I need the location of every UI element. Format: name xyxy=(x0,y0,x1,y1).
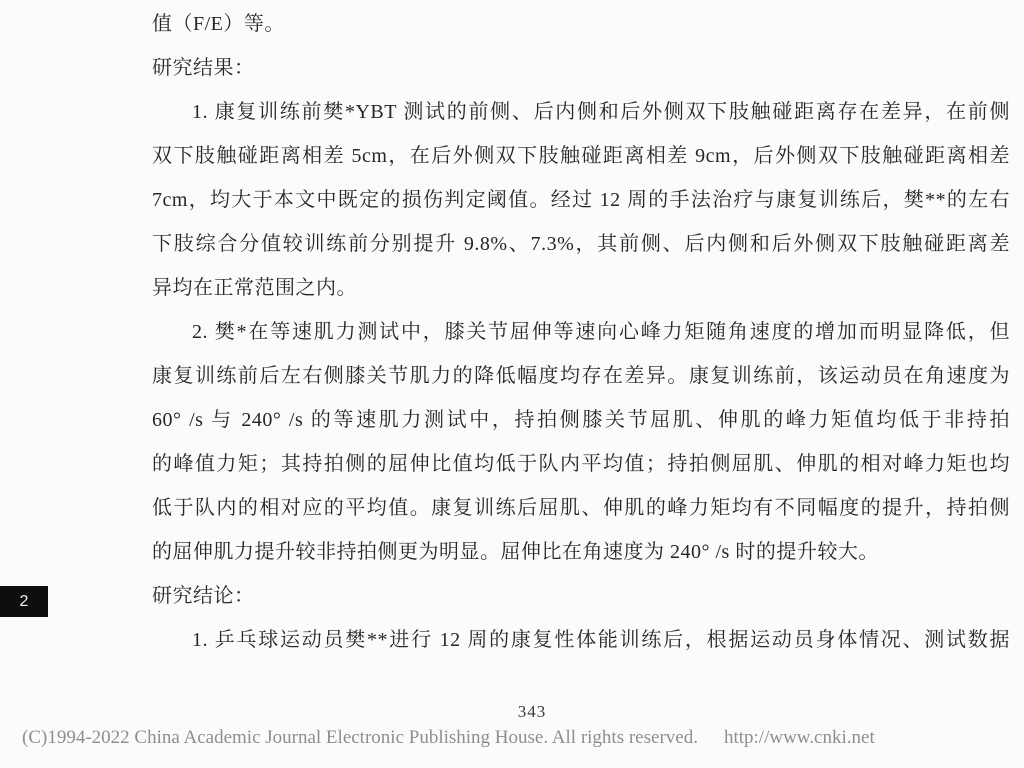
text-line: 低于队内的相对应的平均值。康复训练后屈肌、伸肌的峰力矩均有不同幅度的提升，持拍侧 xyxy=(152,486,1010,530)
page-number: 343 xyxy=(0,702,1024,722)
text-line: 康复训练前后左右侧膝关节肌力的降低幅度均存在差异。康复训练前，该运动员在角速度为 xyxy=(152,354,1010,398)
section-heading-results: 研究结果： xyxy=(152,46,1010,90)
text-line: 下肢综合分值较训练前分别提升 9.8%、7.3%，其前侧、后内侧和后外侧双下肢触… xyxy=(152,222,1010,266)
document-page: 值（F/E）等。 研究结果： 1. 康复训练前樊*YBT 测试的前侧、后内侧和后… xyxy=(0,0,1024,768)
text-line: 值（F/E）等。 xyxy=(152,2,1010,46)
document-body: 值（F/E）等。 研究结果： 1. 康复训练前樊*YBT 测试的前侧、后内侧和后… xyxy=(152,2,1010,662)
text-line: 1. 乒乓球运动员樊**进行 12 周的康复性体能训练后，根据运动员身体情况、测… xyxy=(152,618,1010,662)
text-line: 60° /s 与 240° /s 的等速肌力测试中，持拍侧膝关节屈肌、伸肌的峰力… xyxy=(152,398,1010,442)
page-marker-label: 2 xyxy=(20,593,29,610)
publisher-url: http://www.cnki.net xyxy=(724,727,875,748)
text-line: 的峰值力矩；其持拍侧的屈伸比值均低于队内平均值；持拍侧屈肌、伸肌的相对峰力矩也均 xyxy=(152,442,1010,486)
text-line: 2. 樊*在等速肌力测试中，膝关节屈伸等速向心峰力矩随角速度的增加而明显降低，但 xyxy=(152,310,1010,354)
section-heading-conclusions: 研究结论： xyxy=(152,574,1010,618)
text-line: 7cm，均大于本文中既定的损伤判定阈值。经过 12 周的手法治疗与康复训练后，樊… xyxy=(152,178,1010,222)
copyright-notice: (C)1994-2022 China Academic Journal Elec… xyxy=(22,727,875,749)
text-line: 1. 康复训练前樊*YBT 测试的前侧、后内侧和后外侧双下肢触碰距离存在差异，在… xyxy=(152,90,1010,134)
copyright-text: (C)1994-2022 China Academic Journal Elec… xyxy=(22,727,698,748)
page-marker-badge: 2 xyxy=(0,586,48,617)
text-line: 双下肢触碰距离相差 5cm，在后外侧双下肢触碰距离相差 9cm，后外侧双下肢触碰… xyxy=(152,134,1010,178)
text-line: 异均在正常范围之内。 xyxy=(152,266,1010,310)
text-line: 的屈伸肌力提升较非持拍侧更为明显。屈伸比在角速度为 240° /s 时的提升较大… xyxy=(152,530,1010,574)
